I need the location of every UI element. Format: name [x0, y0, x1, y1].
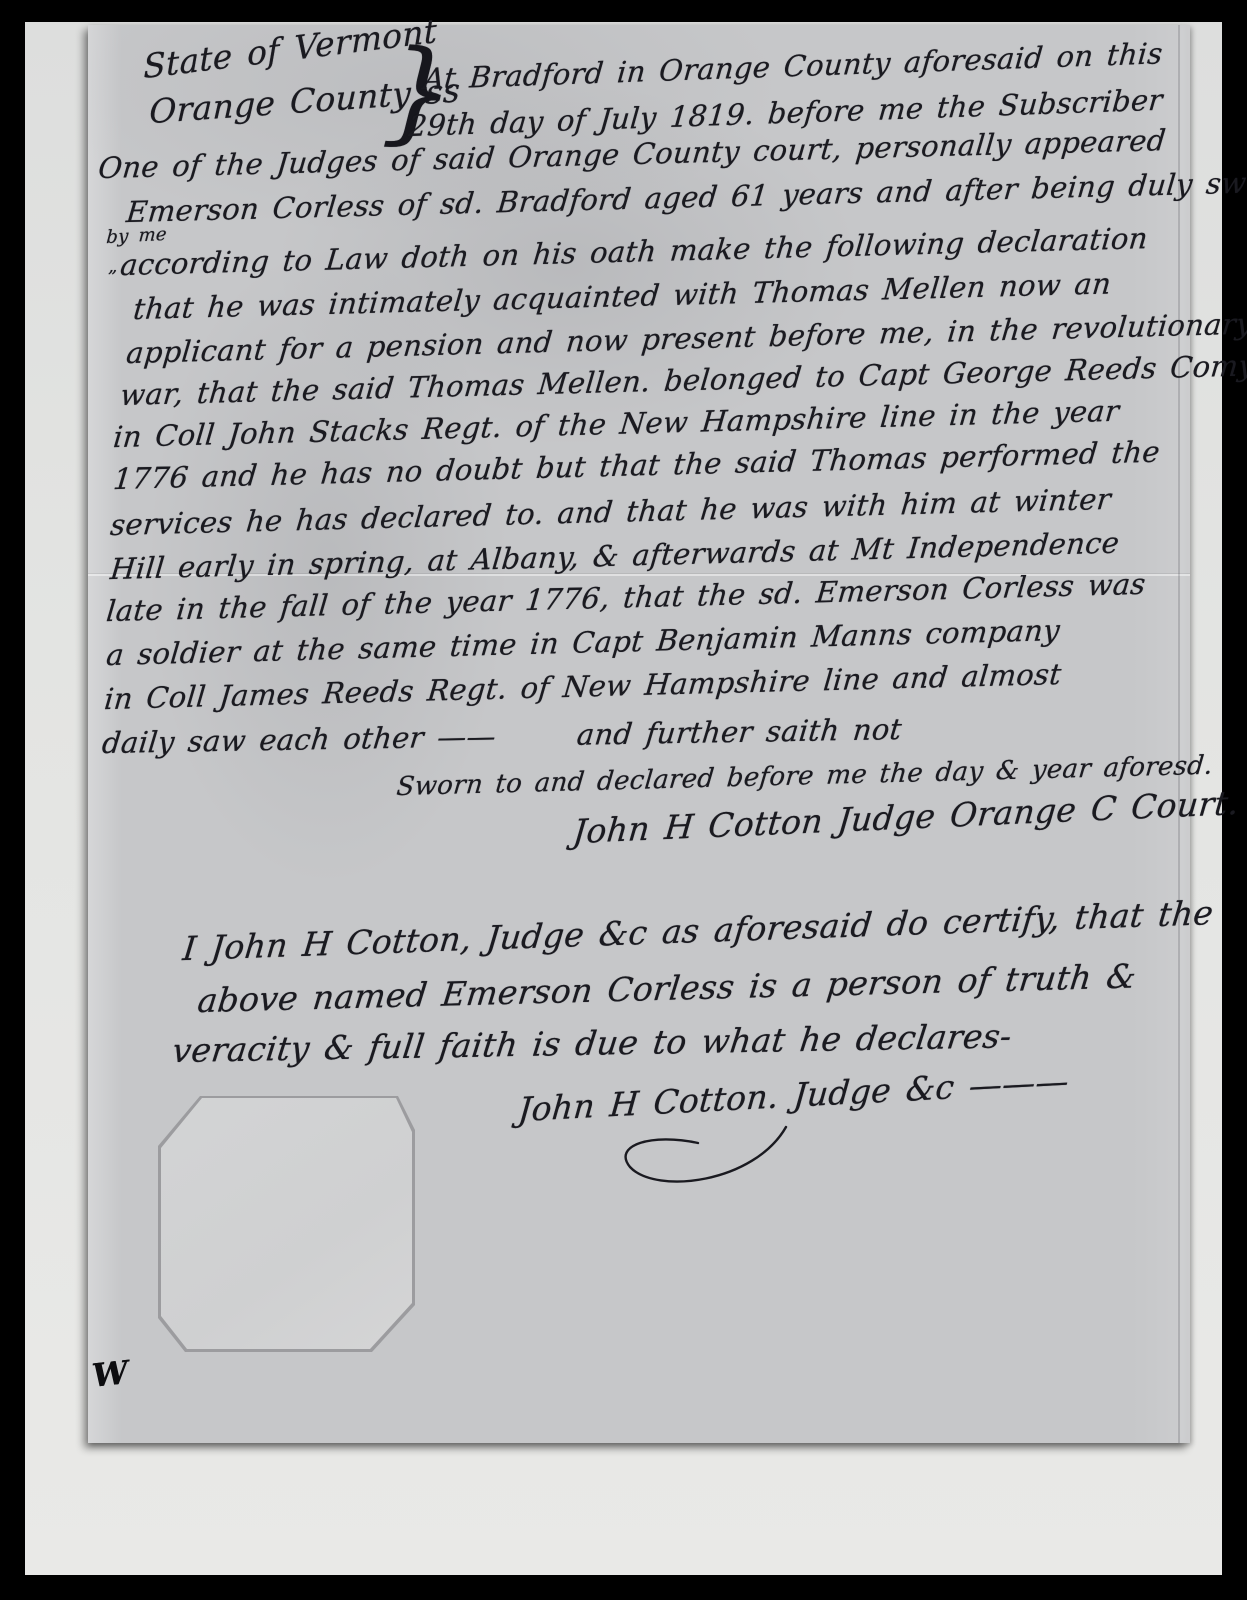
certification-signature: John H Cotton. Judge &c ———	[517, 1062, 1071, 1129]
right-edge-fold	[1178, 25, 1180, 1443]
body-line-14: daily saw each other —— and further sait…	[100, 713, 903, 760]
certification-line-2: above named Emerson Corless is a person …	[196, 957, 1139, 1020]
caret-mark: „	[108, 257, 118, 278]
certification-line-1: I John H Cotton, Judge &c as aforesaid d…	[181, 894, 1215, 968]
scanned-document: State of Vermont Orange County ss } At B…	[0, 0, 1247, 1600]
certification-line-3: veracity & full faith is due to what he …	[170, 1017, 1014, 1070]
document-page: State of Vermont Orange County ss } At B…	[88, 25, 1190, 1443]
signature-flourish-icon	[586, 1123, 846, 1193]
seal-patch	[155, 1093, 417, 1355]
insertion-note: by me	[106, 225, 168, 249]
margin-mark: W	[90, 1353, 130, 1395]
seal-patch-surface	[155, 1093, 417, 1355]
